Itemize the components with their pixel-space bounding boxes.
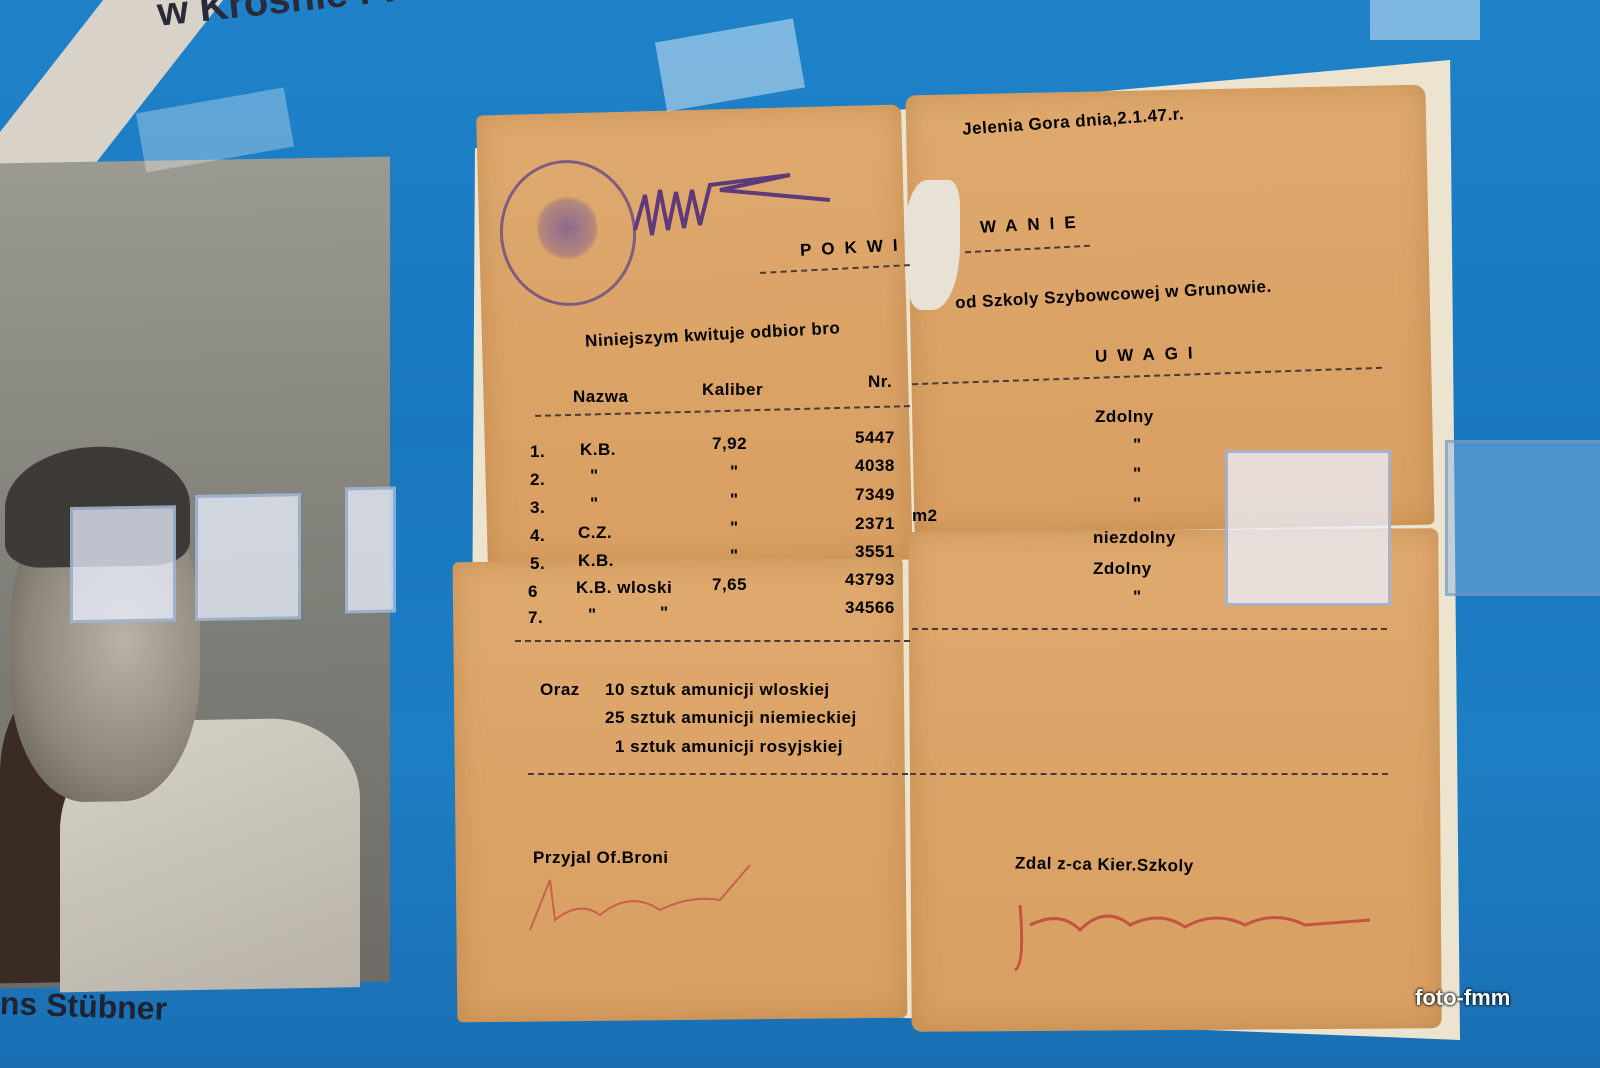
- row-nazwa: K.B. wloski: [576, 578, 672, 598]
- row-lp: 7.: [528, 608, 543, 628]
- row-nr: 43793: [845, 570, 895, 590]
- ammo-rule: [910, 773, 1388, 775]
- sheet-bottom-left: [453, 558, 908, 1023]
- portrait-photo: [0, 157, 390, 989]
- reflection-window: [1445, 440, 1600, 596]
- row-uwagi: niezdolny: [1093, 528, 1176, 548]
- row-kaliber: ": [730, 518, 739, 538]
- row-nazwa: K.B.: [578, 551, 614, 571]
- ammo-line: 25 sztuk amunicji niemieckiej: [605, 708, 857, 728]
- exhibit-header-text: w Krośnie i we Wro: [155, 0, 524, 36]
- row-nr: 4038: [855, 456, 895, 476]
- row-lp: 4.: [530, 526, 545, 546]
- row-lp: 1.: [530, 442, 545, 462]
- reflection-window: [70, 505, 176, 623]
- ceiling-light-reflection: [1370, 0, 1480, 40]
- photo-caption: ns Stübner: [0, 985, 168, 1028]
- row-lp: 2.: [530, 470, 545, 490]
- row-uwagi: ": [1133, 435, 1142, 455]
- row-nr: 3551: [855, 542, 895, 562]
- row-nr: 7349: [855, 485, 895, 505]
- row-nazwa: K.B.: [580, 440, 616, 460]
- row-kaliber: 7,92: [712, 434, 747, 454]
- col-nazwa: Nazwa: [573, 387, 628, 407]
- photo-watermark: foto-fmm: [1415, 985, 1510, 1011]
- row-nazwa: ": [588, 605, 597, 625]
- row-note: m2: [912, 506, 938, 526]
- row-kaliber: ": [730, 490, 739, 510]
- col-kaliber: Kaliber: [702, 380, 763, 400]
- red-signature-right: [1010, 885, 1380, 975]
- eagle-emblem-icon: [533, 189, 602, 267]
- ammo-rule: [528, 773, 908, 775]
- row-nazwa: ": [590, 466, 599, 486]
- ammo-line: 1 sztuk amunicji rosyjskiej: [615, 737, 843, 757]
- purple-signature: [630, 170, 840, 250]
- col-uwagi: UWAGI: [1095, 343, 1203, 367]
- row-nr: 34566: [845, 598, 895, 618]
- ammo-line: 10 sztuk amunicji wloskiej: [605, 680, 830, 700]
- handed-by-label: Zdal z-ca Kier.Szkoly: [1015, 853, 1194, 876]
- table-bottom-rule: [515, 640, 910, 642]
- row-nr: 2371: [855, 514, 895, 534]
- reflection-window: [345, 486, 396, 613]
- row-nazwa: ": [590, 494, 599, 514]
- row-nr: 5447: [855, 428, 895, 448]
- row-lp: 6: [528, 582, 538, 602]
- row-uwagi: Zdolny: [1095, 407, 1154, 427]
- ammo-prefix: Oraz: [540, 680, 580, 700]
- col-nr: Nr.: [868, 372, 892, 392]
- reflection-window: [1225, 450, 1391, 606]
- reflection-window: [195, 493, 301, 621]
- row-uwagi: ": [1133, 464, 1142, 484]
- row-uwagi: ": [1133, 587, 1142, 607]
- row-nazwa: C.Z.: [578, 523, 612, 543]
- row-lp: 5.: [530, 554, 545, 574]
- row-lp: 3.: [530, 498, 545, 518]
- row-kaliber: ": [730, 546, 739, 566]
- row-uwagi: ": [1133, 494, 1142, 514]
- red-signature-left: [520, 860, 760, 940]
- row-kaliber: 7,65: [712, 575, 747, 595]
- row-nazwa-2: ": [660, 603, 669, 623]
- row-uwagi: Zdolny: [1093, 559, 1152, 579]
- table-bottom-rule: [912, 628, 1387, 630]
- paper-tear: [905, 180, 960, 310]
- row-kaliber: ": [730, 462, 739, 482]
